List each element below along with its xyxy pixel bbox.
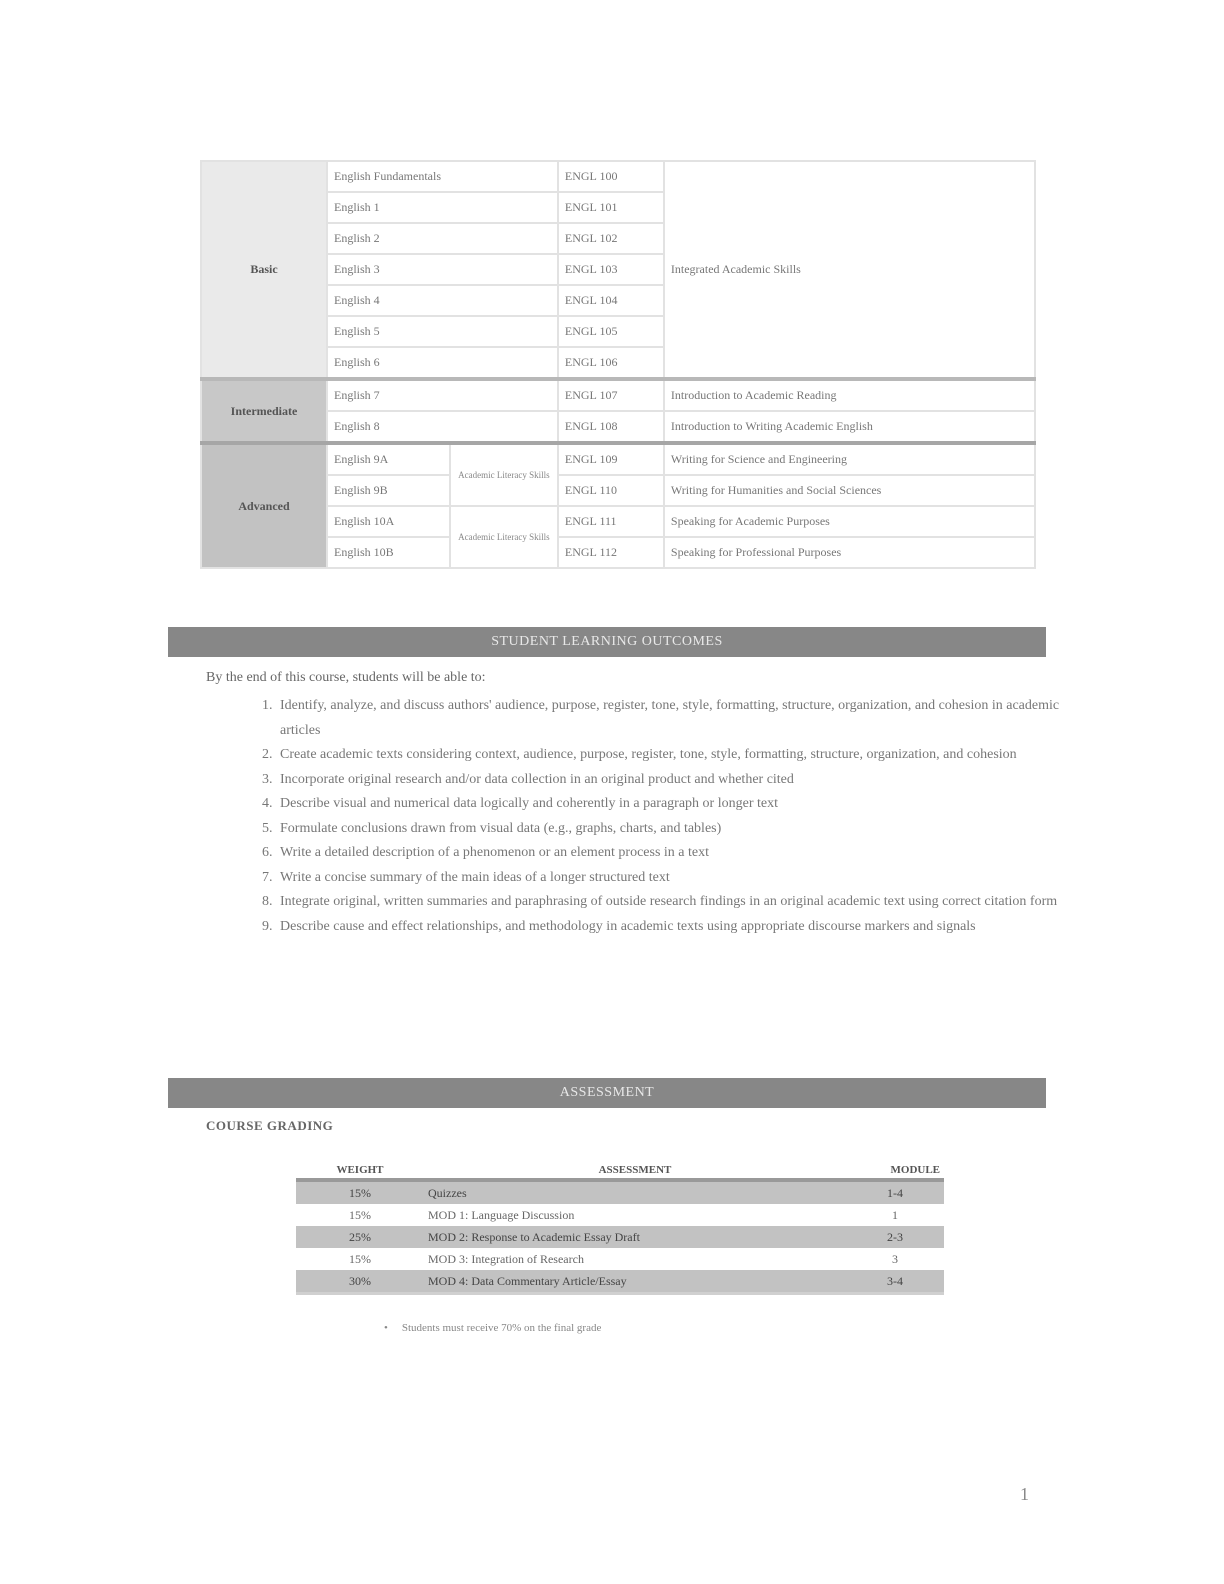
course-code-cell: ENGL 104	[558, 285, 664, 316]
course-code-cell: ENGL 111	[558, 506, 664, 537]
description-cell: Introduction to Academic Reading	[664, 379, 1035, 411]
module-column-header: MODULE	[846, 1162, 944, 1180]
course-name-cell: English 4	[327, 285, 558, 316]
description-cell: Writing for Science and Engineering	[664, 443, 1035, 475]
course-code-cell: ENGL 106	[558, 347, 664, 379]
prerequisite-cell: Academic Literacy Skills	[450, 506, 558, 568]
module-cell: 1-4	[846, 1180, 944, 1204]
course-grading-heading: COURSE GRADING	[206, 1118, 333, 1134]
outcome-item: Write a detailed description of a phenom…	[276, 841, 1066, 866]
description-cell: Integrated Academic Skills	[664, 161, 1035, 379]
assessment-cell: MOD 3: Integration of Research	[424, 1248, 846, 1270]
weight-cell: 25%	[296, 1226, 424, 1248]
outcome-item: Formulate conclusions drawn from visual …	[276, 817, 1066, 842]
assessment-cell: MOD 1: Language Discussion	[424, 1204, 846, 1226]
weight-cell: 15%	[296, 1204, 424, 1226]
description-cell: Introduction to Writing Academic English	[664, 411, 1035, 443]
outcomes-intro: By the end of this course, students will…	[206, 670, 486, 686]
assessment-cell: Quizzes	[424, 1180, 846, 1204]
level-cell: Advanced	[201, 443, 327, 568]
outcome-item: Create academic texts considering contex…	[276, 743, 1066, 768]
weight-column-header: WEIGHT	[296, 1162, 424, 1180]
course-row: AdvancedEnglish 9AAcademic Literacy Skil…	[201, 443, 1035, 475]
description-cell: Writing for Humanities and Social Scienc…	[664, 475, 1035, 506]
weight-cell: 15%	[296, 1180, 424, 1204]
outcome-item: Write a concise summary of the main idea…	[276, 866, 1066, 891]
outcomes-list: Identify, analyze, and discuss authors' …	[240, 694, 1066, 939]
prerequisite-cell: Academic Literacy Skills	[450, 443, 558, 506]
outcome-item: Describe visual and numerical data logic…	[276, 792, 1066, 817]
assessment-section-banner: ASSESSMENT	[168, 1078, 1046, 1108]
course-row: English 10BENGL 112Speaking for Professi…	[201, 537, 1035, 568]
weight-cell: 15%	[296, 1248, 424, 1270]
course-row: English 8ENGL 108Introduction to Writing…	[201, 411, 1035, 443]
module-cell: 1	[846, 1204, 944, 1226]
course-name-cell: English 8	[327, 411, 558, 443]
outcome-item: Describe cause and effect relationships,…	[276, 915, 1066, 940]
course-name-cell: English 9B	[327, 475, 450, 506]
course-name-cell: English 2	[327, 223, 558, 254]
course-name-cell: English 5	[327, 316, 558, 347]
outcome-item: Identify, analyze, and discuss authors' …	[276, 694, 1066, 743]
course-code-cell: ENGL 100	[558, 161, 664, 192]
outcomes-section-banner: STUDENT LEARNING OUTCOMES	[168, 627, 1046, 657]
grading-table: WEIGHT ASSESSMENT MODULE 15%Quizzes1-415…	[296, 1162, 944, 1295]
module-cell: 3-4	[846, 1270, 944, 1294]
course-code-cell: ENGL 112	[558, 537, 664, 568]
assessment-cell: MOD 2: Response to Academic Essay Draft	[424, 1226, 846, 1248]
outcome-item: Incorporate original research and/or dat…	[276, 768, 1066, 793]
course-row: BasicEnglish FundamentalsENGL 100Integra…	[201, 161, 1035, 192]
course-code-cell: ENGL 102	[558, 223, 664, 254]
course-name-cell: English 10A	[327, 506, 450, 537]
grading-row: 15%MOD 3: Integration of Research3	[296, 1248, 944, 1270]
description-cell: Speaking for Professional Purposes	[664, 537, 1035, 568]
grading-row: 25%MOD 2: Response to Academic Essay Dra…	[296, 1226, 944, 1248]
course-code-cell: ENGL 109	[558, 443, 664, 475]
course-code-cell: ENGL 108	[558, 411, 664, 443]
module-cell: 2-3	[846, 1226, 944, 1248]
course-levels-table: BasicEnglish FundamentalsENGL 100Integra…	[200, 160, 1036, 569]
course-row: English 9BENGL 110Writing for Humanities…	[201, 475, 1035, 506]
course-code-cell: ENGL 110	[558, 475, 664, 506]
course-code-cell: ENGL 105	[558, 316, 664, 347]
bullet-icon: •	[384, 1322, 388, 1334]
outcome-item: Integrate original, written summaries an…	[276, 890, 1066, 915]
weight-cell: 30%	[296, 1270, 424, 1294]
level-cell: Intermediate	[201, 379, 327, 443]
module-cell: 3	[846, 1248, 944, 1270]
course-name-cell: English 6	[327, 347, 558, 379]
footnote-text: Students must receive 70% on the final g…	[402, 1322, 601, 1334]
course-name-cell: English 9A	[327, 443, 450, 475]
level-cell: Basic	[201, 161, 327, 379]
grading-row: 15%MOD 1: Language Discussion1	[296, 1204, 944, 1226]
grading-row: 30%MOD 4: Data Commentary Article/Essay3…	[296, 1270, 944, 1294]
assessment-column-header: ASSESSMENT	[424, 1162, 846, 1180]
grading-row: 15%Quizzes1-4	[296, 1180, 944, 1204]
course-code-cell: ENGL 101	[558, 192, 664, 223]
description-cell: Speaking for Academic Purposes	[664, 506, 1035, 537]
page-number: 1	[1020, 1484, 1029, 1505]
grading-header-row: WEIGHT ASSESSMENT MODULE	[296, 1162, 944, 1180]
grading-footnote: •Students must receive 70% on the final …	[384, 1322, 601, 1334]
course-code-cell: ENGL 107	[558, 379, 664, 411]
course-name-cell: English 10B	[327, 537, 450, 568]
course-name-cell: English Fundamentals	[327, 161, 558, 192]
course-code-cell: ENGL 103	[558, 254, 664, 285]
course-row: English 10AAcademic Literacy SkillsENGL …	[201, 506, 1035, 537]
course-name-cell: English 1	[327, 192, 558, 223]
assessment-cell: MOD 4: Data Commentary Article/Essay	[424, 1270, 846, 1294]
course-row: IntermediateEnglish 7ENGL 107Introductio…	[201, 379, 1035, 411]
course-name-cell: English 7	[327, 379, 558, 411]
course-name-cell: English 3	[327, 254, 558, 285]
